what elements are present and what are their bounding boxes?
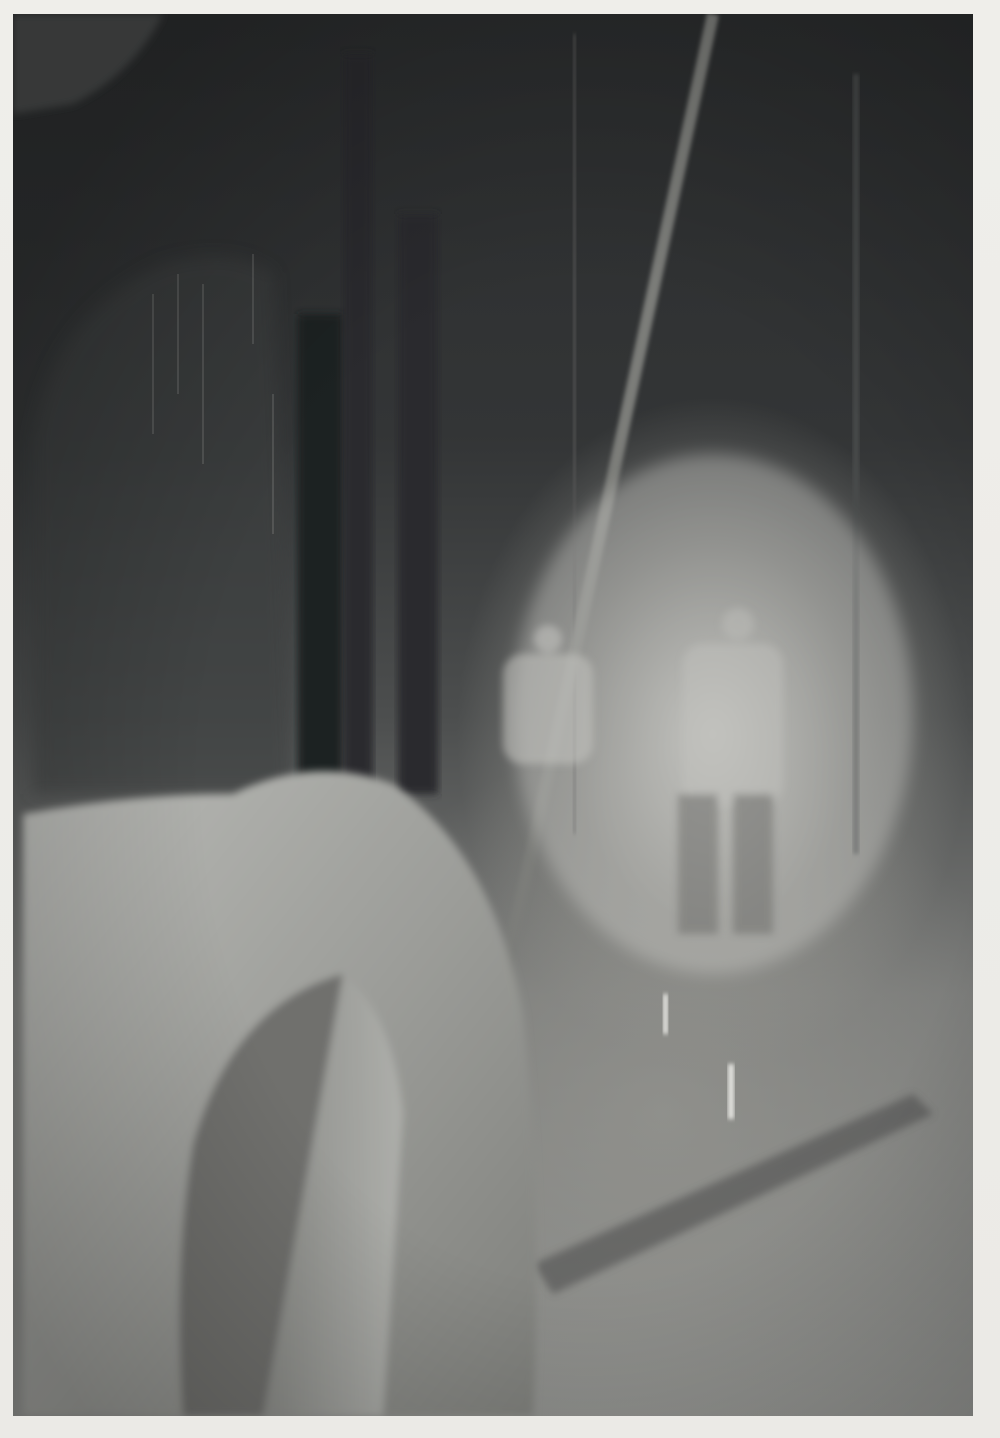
photo-vignette bbox=[13, 14, 973, 1416]
photo-paper-border bbox=[0, 0, 1000, 1438]
photograph bbox=[13, 14, 973, 1416]
